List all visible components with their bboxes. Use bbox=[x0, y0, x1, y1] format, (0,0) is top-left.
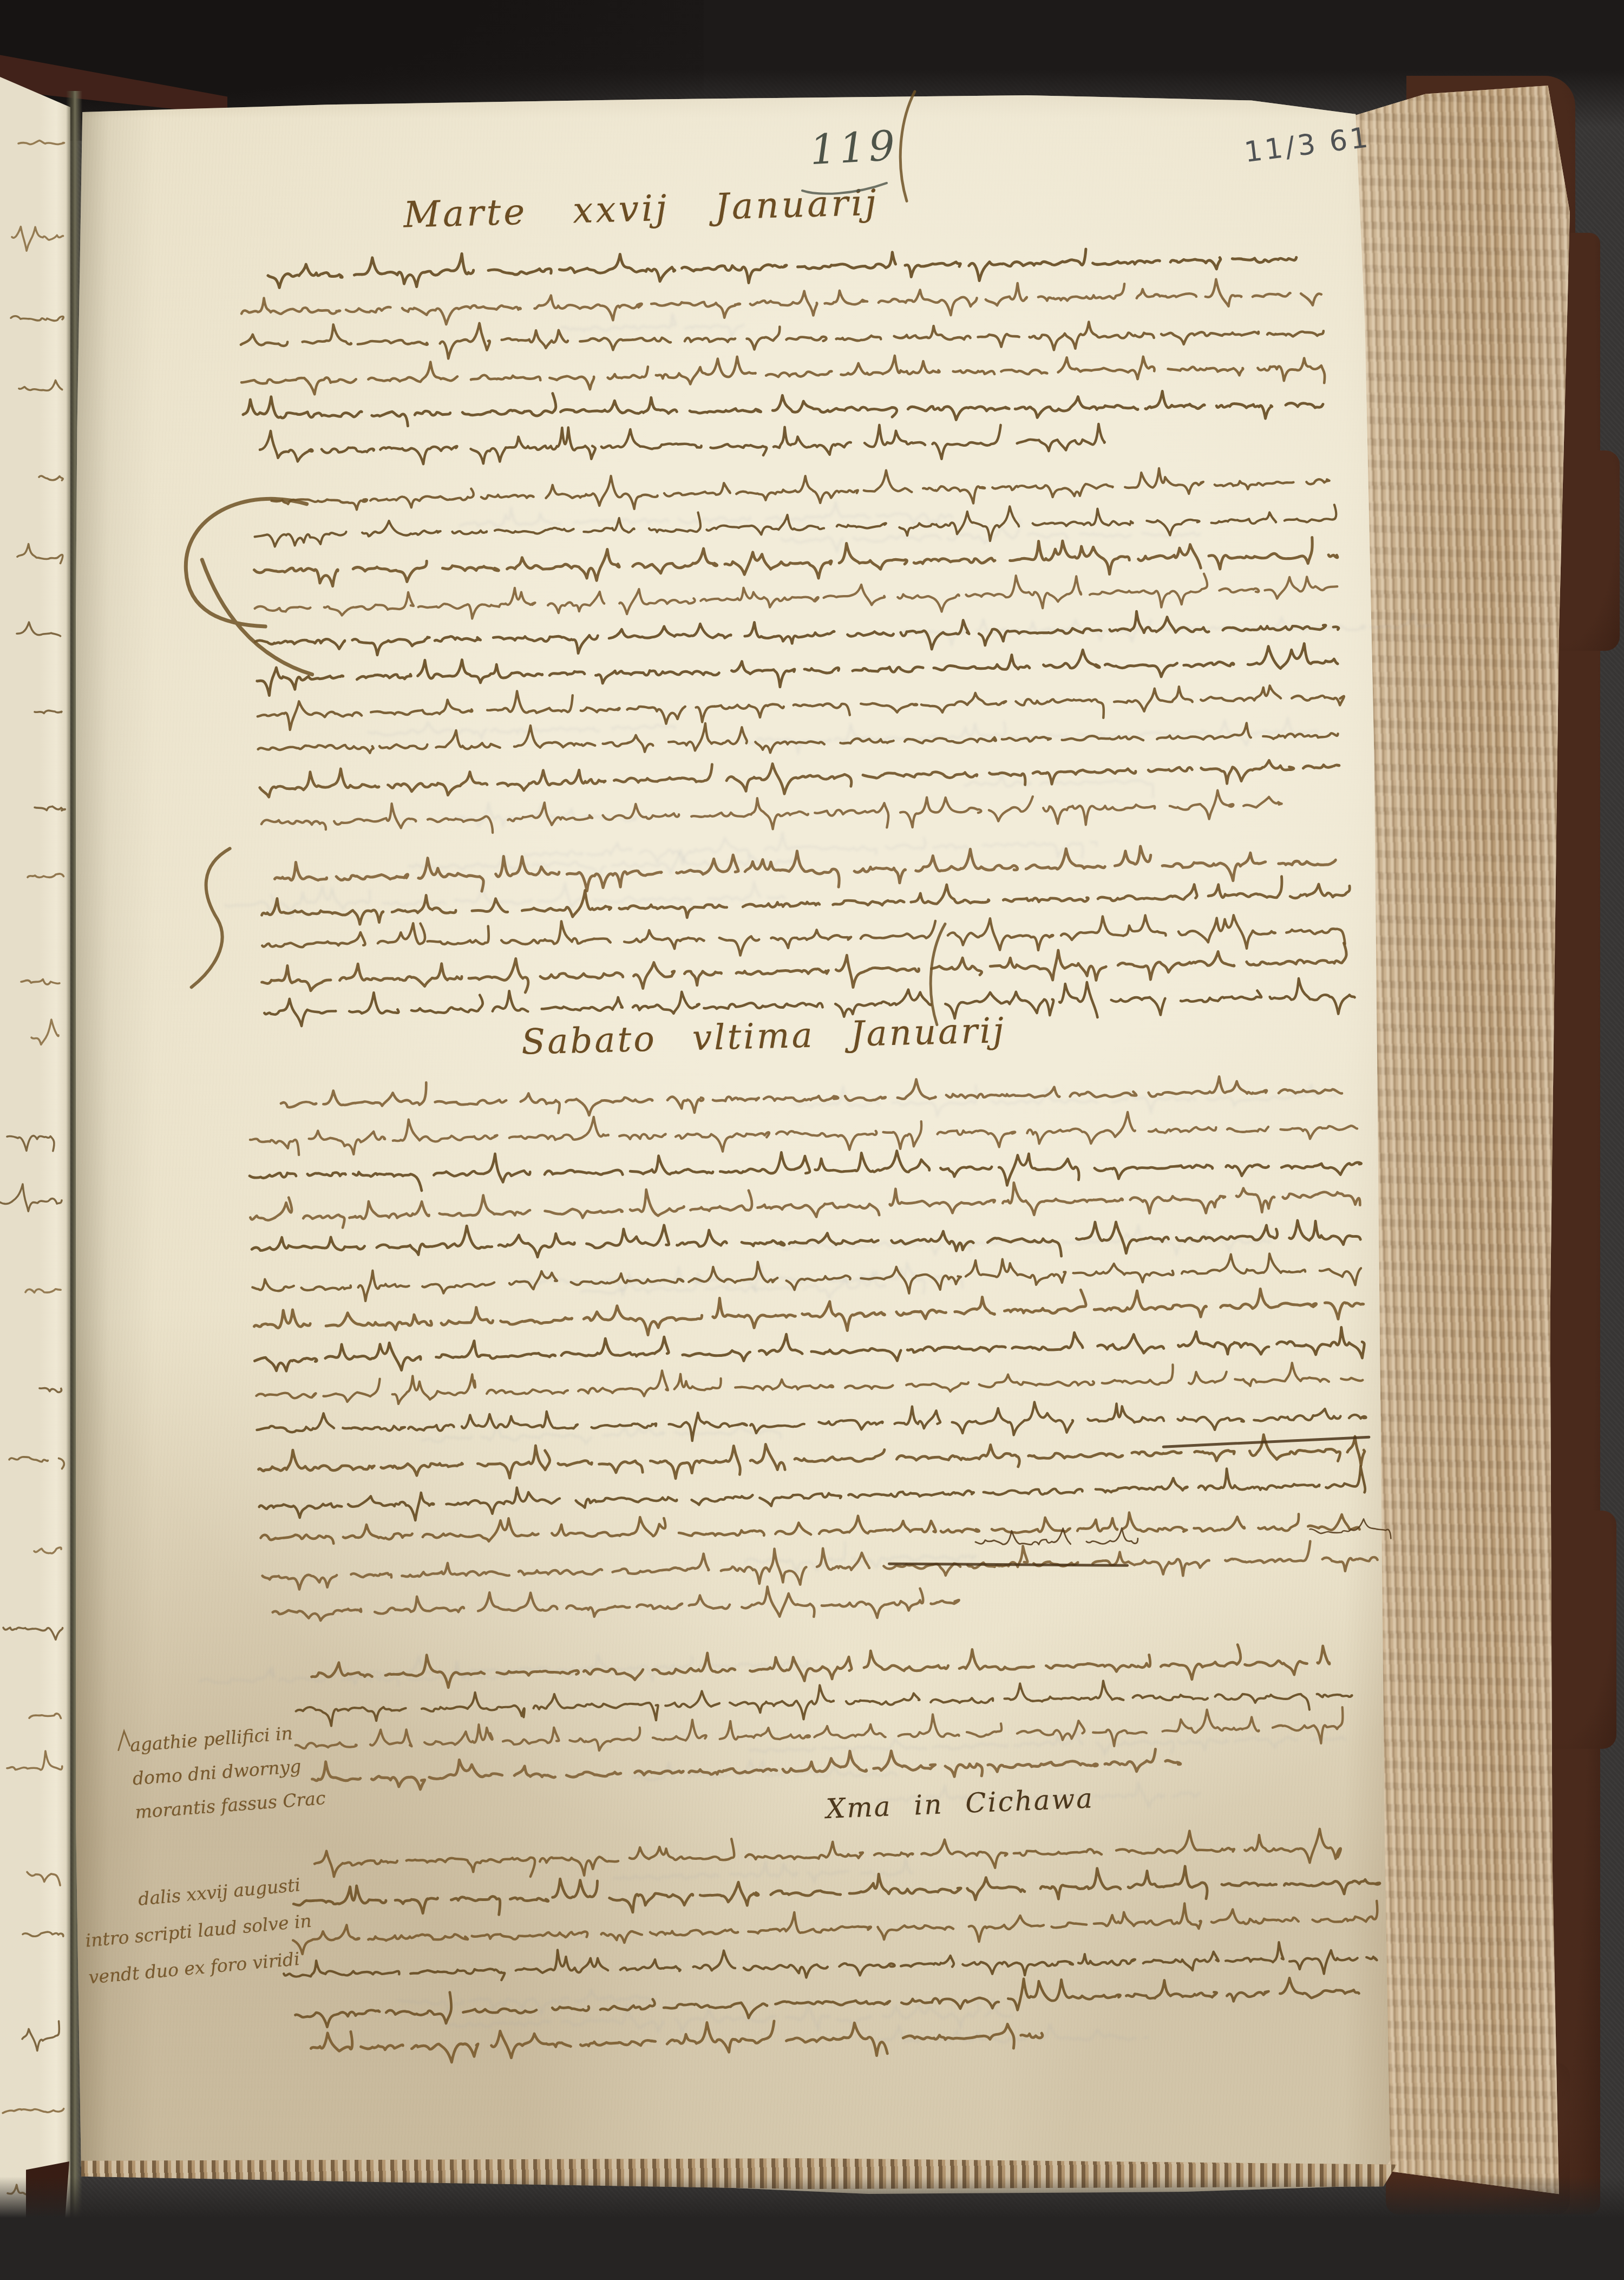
strikethrough-mark bbox=[886, 1554, 1130, 1573]
folio-number-ink: 119 bbox=[809, 121, 899, 174]
margin-note-dalis-augusti: dalis xxvij augusti intro scripti laud s… bbox=[81, 1866, 317, 1996]
heading-ascender-flourish bbox=[917, 918, 957, 1027]
interlinear-insertion bbox=[1310, 1522, 1391, 1536]
paraph-flourish-entry-2 bbox=[168, 493, 344, 682]
margin-note-agathie-pellifici: agathie pellifici in domo dni dwornyg mo… bbox=[129, 1714, 327, 1829]
ink-layer: Marte xxvij Januarij Sabato vltima Janua… bbox=[0, 0, 1624, 2280]
paraph-flourish-entry-3 bbox=[178, 843, 251, 998]
folio-underline-stroke bbox=[800, 179, 892, 195]
strikethrough-mark bbox=[1161, 1434, 1372, 1451]
interlinear-insertion bbox=[975, 1532, 1138, 1548]
archive-photo-scene: Marte xxvij Januarij Sabato vltima Janua… bbox=[0, 0, 1624, 2280]
